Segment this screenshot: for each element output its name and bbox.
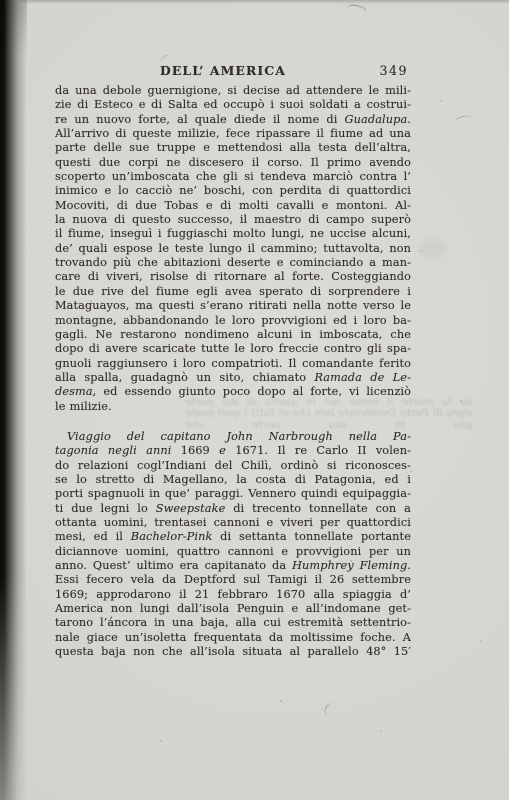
- paper-stain: [420, 240, 446, 258]
- page-number: 349: [379, 63, 408, 78]
- text-segment: All’arrivo di queste milizie, fece ripas…: [55, 127, 411, 140]
- text-segment: inimico e lo cacciò ne’ boschi, con perd…: [55, 184, 411, 197]
- text-line: gagli. Ne restarono nondimeno alcuni in …: [55, 328, 411, 342]
- italic-text-segment: e: [219, 444, 226, 457]
- text-segment: gnuoli raggiunsero i loro compatrioti. I…: [55, 357, 411, 370]
- text-segment: questa baja non che all’isola situata al…: [55, 645, 411, 658]
- text-segment: re un nuovo forte, al quale diede il nom…: [55, 113, 345, 126]
- text-segment: de’ quali espose le teste lungo il cammi…: [55, 242, 411, 255]
- italic-text-segment: Sweepstake: [156, 502, 226, 515]
- text-line: Viaggio del capitano John Narbrough nell…: [55, 430, 411, 444]
- running-header-title: DELL’ AMERICA: [160, 63, 286, 78]
- italic-text-segment: Bachelor-Pink: [131, 530, 213, 543]
- text-line: il fiume, inseguì i fuggiaschi molto lun…: [55, 227, 411, 241]
- text-segment: montagne, abbandonando le loro provvigio…: [55, 314, 411, 327]
- scanned-book-page: ne la morte il nome nel in quella di dal…: [0, 0, 509, 800]
- text-line: ottanta uomini, trentasei cannoni e vive…: [55, 516, 411, 530]
- text-line: questa baja non che all’isola situata al…: [55, 645, 411, 659]
- text-line: la nuova di questo successo, il maestro …: [55, 213, 411, 227]
- book-spine-shadow: [0, 0, 27, 800]
- text-line: zie di Esteco e di Salta ed occupò i suo…: [55, 98, 411, 112]
- text-line: anno. Quest’ ultimo era capitanato da Hu…: [55, 559, 411, 573]
- text-segment: dopo di avere scaricate tutte le loro fr…: [55, 342, 411, 355]
- text-line: de’ quali espose le teste lungo il cammi…: [55, 242, 411, 256]
- text-segment: tarono l’áncora in una baja, alla cui es…: [55, 616, 411, 629]
- italic-text-segment: Guadalupa: [345, 113, 408, 126]
- text-line: Essi fecero vela da Deptford sul Tamigi …: [55, 573, 411, 587]
- text-line: da una debole guernigione, si decise ad …: [55, 84, 411, 98]
- italic-text-segment: Viaggio del capitano John Narbrough nell…: [67, 430, 411, 443]
- text-line: trovando più che abitazioni deserte e co…: [55, 256, 411, 270]
- text-line: questi due corpi ne discesero il corso. …: [55, 156, 411, 170]
- text-line: America non lungi dall’isola Penguin e a…: [55, 602, 411, 616]
- italic-text-segment: Ramada de Le-: [314, 371, 411, 384]
- text-segment: ti due legni lo: [55, 502, 156, 515]
- text-segment: porti spagnuoli in que’ paraggi. Vennero…: [55, 487, 411, 500]
- paragraph: Viaggio del capitano John Narbrough nell…: [55, 430, 411, 660]
- text-segment: mesi, ed il: [55, 530, 131, 543]
- text-segment: parte delle sue truppe e mettendosi alla…: [55, 141, 411, 154]
- text-line: tagonia negli anni 1669 e 1671. Il re Ca…: [55, 444, 411, 458]
- text-line: alla spalla, guadagnò un sito, chiamato …: [55, 371, 411, 385]
- text-segment: 1669: [181, 444, 219, 457]
- text-line: All’arrivo di queste milizie, fece ripas…: [55, 127, 411, 141]
- text-segment: 1671. Il re Carlo II volen-: [226, 444, 411, 457]
- text-segment: do relazioni cogl’Indiani del Chilì, ord…: [55, 459, 411, 472]
- text-line: le milizie.: [55, 400, 411, 414]
- text-line: tarono l’áncora in una baja, alla cui es…: [55, 616, 411, 630]
- text-line: inimico e lo cacciò ne’ boschi, con perd…: [55, 184, 411, 198]
- text-line: 1669; approdarono il 21 febbraro 1670 al…: [55, 588, 411, 602]
- page-text-block: DELL’ AMERICA 349 da una debole guernigi…: [55, 0, 411, 659]
- text-segment: le milizie.: [55, 400, 112, 413]
- text-line: dopo di avere scaricate tutte le loro fr…: [55, 342, 411, 356]
- text-line: scoperto un’imboscata che gli si tendeva…: [55, 170, 411, 184]
- text-segment: trovando più che abitazioni deserte e co…: [55, 256, 411, 269]
- text-segment: 1669; approdarono il 21 febbraro 1670 al…: [55, 588, 411, 601]
- text-line: mesi, ed il Bachelor-Pink di settanta to…: [55, 530, 411, 544]
- italic-text-segment: tagonia negli anni: [55, 444, 181, 457]
- text-segment: di settanta tonnellate portante: [212, 530, 411, 543]
- text-segment: se lo stretto di Magellano, la costa di …: [55, 473, 411, 486]
- scan-fiber-mark: [454, 115, 472, 126]
- text-segment: .: [407, 113, 411, 126]
- text-segment: ottanta uomini, trentasei cannoni e vive…: [55, 516, 411, 529]
- text-segment: Essi fecero vela da Deptford sul Tamigi …: [55, 573, 411, 586]
- text-segment: scoperto un’imboscata che gli si tendeva…: [55, 170, 411, 183]
- text-line: care di viveri, risolse di ritornare al …: [55, 270, 411, 284]
- text-line: Mocoviti, di due Tobas e di molti cavall…: [55, 199, 411, 213]
- text-line: re un nuovo forte, al quale diede il nom…: [55, 113, 411, 127]
- text-line: Mataguayos, ma questi s’erano ritirati n…: [55, 299, 411, 313]
- text-segment: alla spalla, guadagnò un sito, chiamato: [55, 371, 314, 384]
- text-line: desma, ed essendo giunto poco dopo al fo…: [55, 385, 411, 399]
- text-segment: gagli. Ne restarono nondimeno alcuni in …: [55, 328, 411, 341]
- text-segment: nale giace un’isoletta frequentata da mo…: [55, 631, 411, 644]
- text-segment: il fiume, inseguì i fuggiaschi molto lun…: [55, 227, 411, 240]
- text-segment: Mataguayos, ma questi s’erano ritirati n…: [55, 299, 411, 312]
- text-segment: diciannove uomini, quattro cannoni e pro…: [55, 545, 411, 558]
- text-segment: .: [407, 559, 411, 572]
- italic-text-segment: Humphrey Fleming: [292, 559, 407, 572]
- text-line: porti spagnuoli in que’ paraggi. Vennero…: [55, 487, 411, 501]
- text-line: parte delle sue truppe e mettendosi alla…: [55, 141, 411, 155]
- body-text: da una debole guernigione, si decise ad …: [55, 84, 411, 659]
- text-segment: Mocoviti, di due Tobas e di molti cavall…: [55, 199, 411, 212]
- text-line: montagne, abbandonando le loro provvigio…: [55, 314, 411, 328]
- text-segment: zie di Esteco e di Salta ed occupò i suo…: [55, 98, 411, 111]
- text-line: ti due legni lo Sweepstake di trecento t…: [55, 502, 411, 516]
- text-segment: care di viveri, risolse di ritornare al …: [55, 270, 411, 283]
- paragraph: da una debole guernigione, si decise ad …: [55, 84, 411, 414]
- scan-fiber-mark: [323, 701, 338, 717]
- text-line: se lo stretto di Magellano, la costa di …: [55, 473, 411, 487]
- italic-text-segment: desma: [55, 385, 93, 398]
- text-segment: da una debole guernigione, si decise ad …: [55, 84, 411, 97]
- text-line: do relazioni cogl’Indiani del Chilì, ord…: [55, 459, 411, 473]
- running-header: DELL’ AMERICA 349: [55, 63, 411, 77]
- text-line: diciannove uomini, quattro cannoni e pro…: [55, 545, 411, 559]
- text-segment: America non lungi dall’isola Penguin e a…: [55, 602, 411, 615]
- text-segment: le due rive del fiume egli avea sperato …: [55, 285, 411, 298]
- text-segment: questi due corpi ne discesero il corso. …: [55, 156, 411, 169]
- text-segment: anno. Quest’ ultimo era capitanato da: [55, 559, 292, 572]
- text-line: gnuoli raggiunsero i loro compatrioti. I…: [55, 357, 411, 371]
- text-segment: , ed essendo giunto poco dopo al forte, …: [93, 385, 411, 398]
- text-line: nale giace un’isoletta frequentata da mo…: [55, 631, 411, 645]
- text-line: le due rive del fiume egli avea sperato …: [55, 285, 411, 299]
- text-segment: la nuova di questo successo, il maestro …: [55, 213, 411, 226]
